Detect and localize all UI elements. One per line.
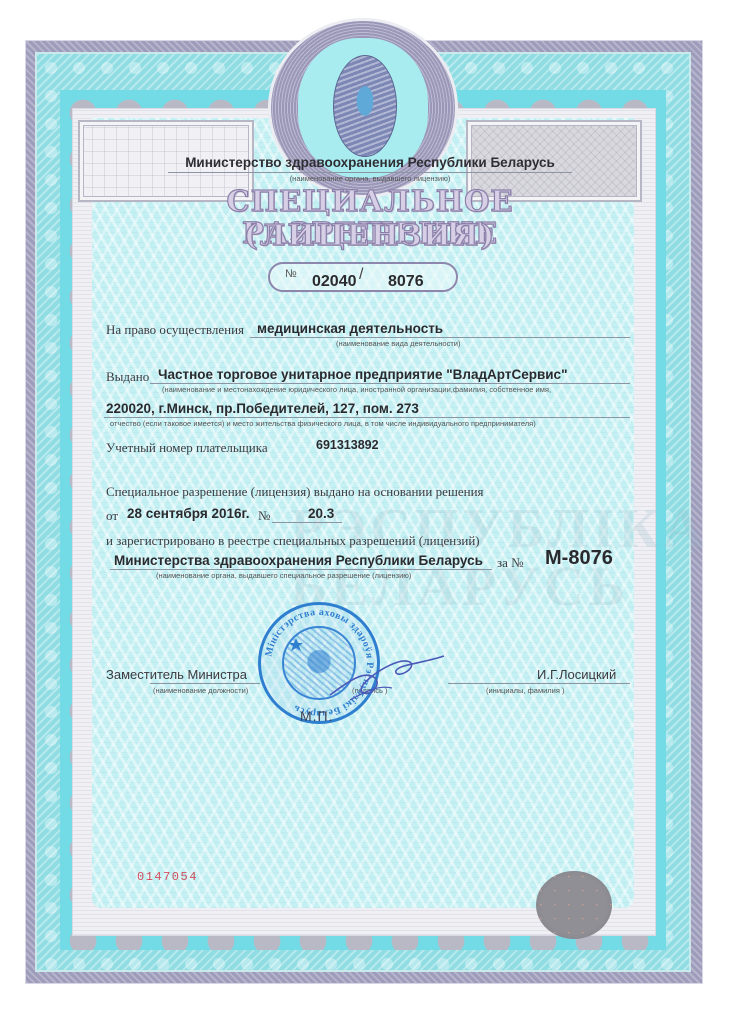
number-slash: /	[359, 266, 363, 284]
decision-date: 28 сентября 2016г.	[127, 506, 250, 521]
address-underline	[104, 417, 630, 418]
signer-name: И.Г.Лосицкий	[537, 667, 616, 682]
issued-caption-1: (наименование и местонахождение юридичес…	[162, 385, 551, 394]
activity-value: медицинская деятельность	[257, 321, 443, 336]
taxpayer-label: Учетный номер плательщика	[106, 440, 268, 456]
issued-caption-2: отчество (если таковое имеется) и место …	[110, 419, 536, 428]
issued-to-value: Частное торговое унитарное предприятие "…	[158, 367, 567, 382]
activity-label: На право осуществления	[106, 322, 244, 338]
taxpayer-number: 691313892	[316, 438, 379, 452]
license-number-part-1: 02040	[312, 273, 357, 291]
name-caption: (инициалы, фамилия )	[486, 686, 565, 695]
registry-body: Министерства здравоохранения Республики …	[114, 553, 483, 568]
stamp-place-mark: М.П.	[300, 708, 334, 724]
activity-caption: (наименование вида деятельности)	[336, 339, 460, 348]
issuer-underline	[168, 172, 572, 173]
position-caption: (наименование должности)	[153, 686, 248, 695]
registry-underline	[110, 569, 492, 570]
number-sign: №	[285, 268, 297, 280]
decision-number-label: №	[258, 508, 270, 524]
address-value: 220020, г.Минск, пр.Победителей, 127, по…	[106, 401, 419, 416]
blank-serial-number: 0147054	[137, 870, 198, 884]
date-prefix: от	[106, 508, 118, 524]
registry-caption: (наименование органа, выдавшего специаль…	[156, 571, 411, 580]
handwritten-signature	[320, 640, 450, 710]
signer-position: Заместитель Министра	[106, 667, 247, 682]
basis-text: Специальное разрешение (лицензия) выдано…	[106, 484, 484, 500]
license-number-part-2: 8076	[388, 273, 424, 291]
document-subtitle: (ЛИЦЕНЗИЯ)	[100, 219, 640, 251]
activity-underline	[250, 337, 630, 338]
issued-underline	[150, 383, 630, 384]
decision-number-underline	[272, 522, 342, 523]
coat-of-arms-icon	[333, 55, 397, 157]
registry-number: М-8076	[545, 547, 613, 570]
position-underline	[150, 683, 260, 684]
issuer-caption: (наименование органа, выдавшего лицензию…	[100, 174, 640, 183]
name-underline	[448, 683, 630, 684]
issued-label: Выдано	[106, 369, 149, 385]
issuing-authority: Министерство здравоохранения Республики …	[100, 155, 640, 170]
registry-number-label: за №	[497, 555, 524, 571]
registry-text: и зарегистрировано в реестре специальных…	[106, 533, 480, 549]
decision-number: 20.3	[308, 506, 334, 521]
hologram-sticker	[536, 871, 612, 939]
